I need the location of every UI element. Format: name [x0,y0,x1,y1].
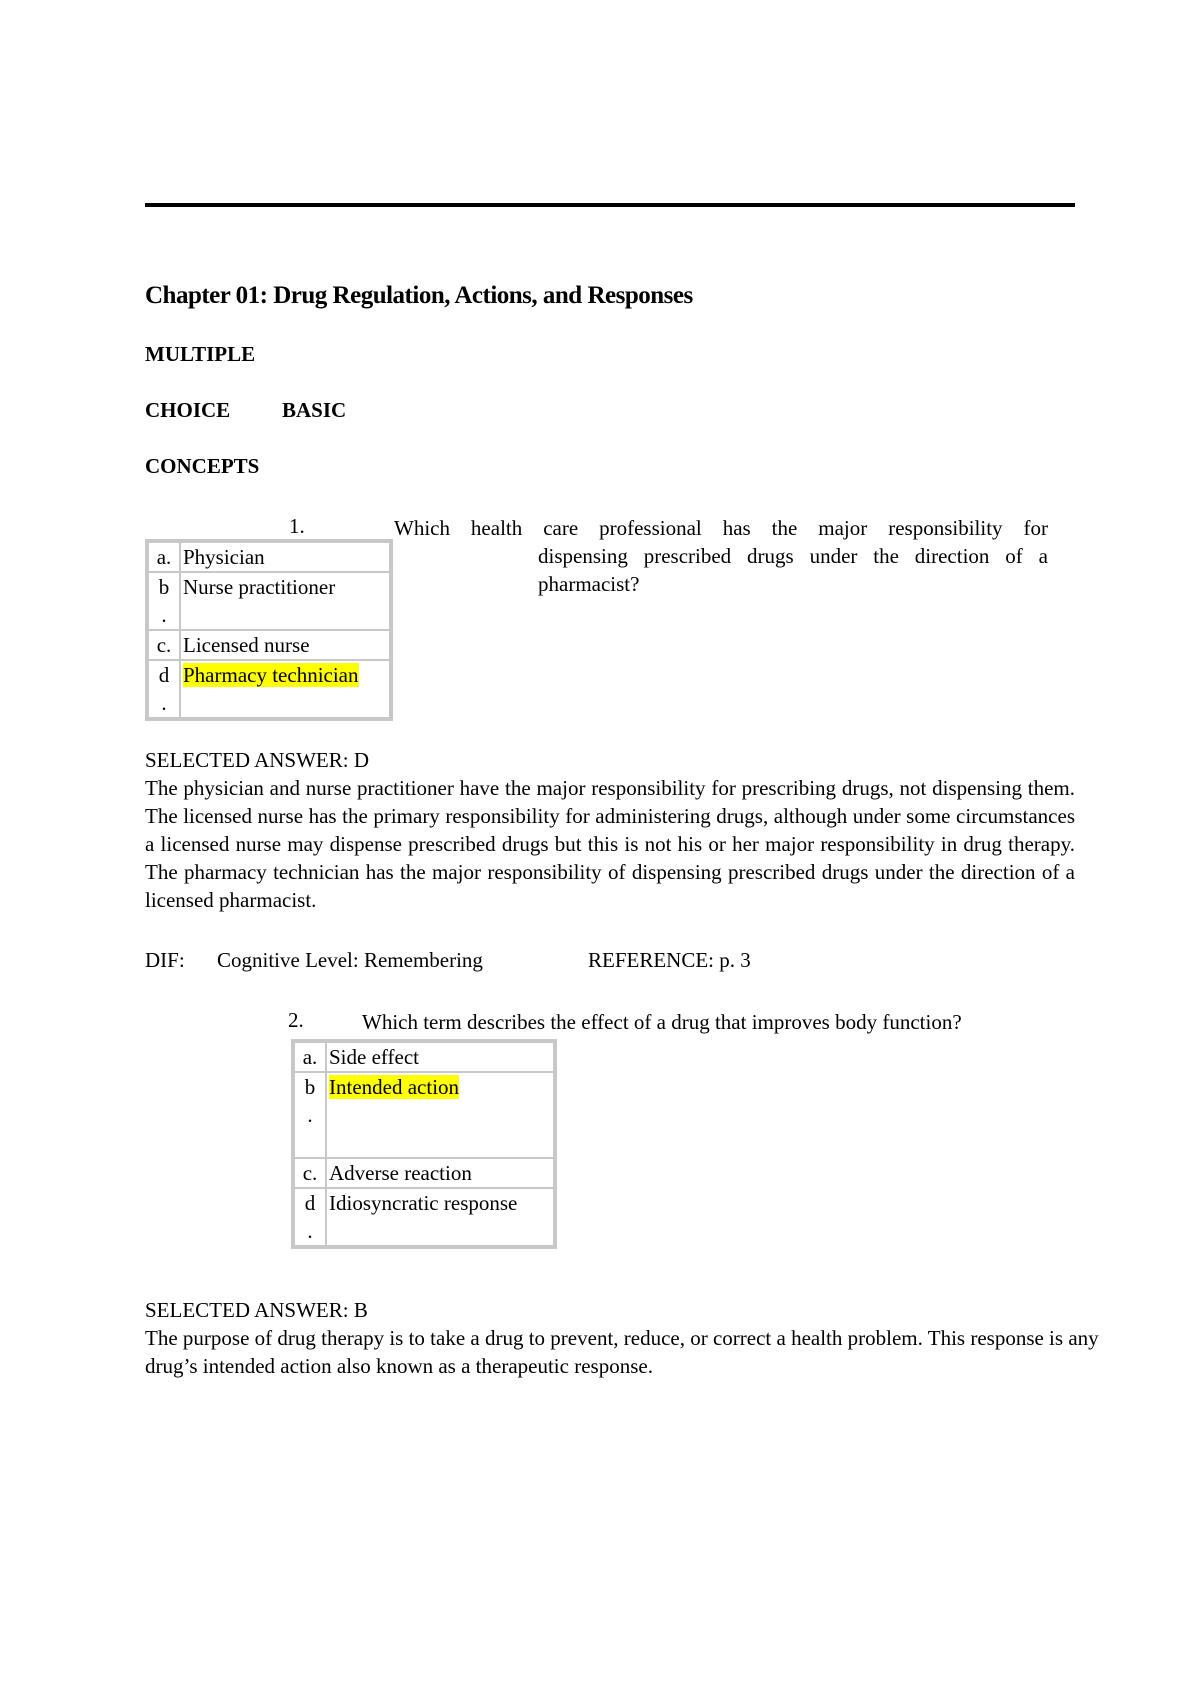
option-text: Physician [180,542,390,572]
question-2-stem: Which term describes the effect of a dru… [362,1008,962,1036]
option-letter: c. [148,630,180,660]
question-1-number: 1. [289,514,305,539]
question-1-stem-rest: dispensing prescribed drugs under the di… [394,542,1048,598]
horizontal-rule [145,203,1075,207]
section-heading-choice: CHOICE [145,398,230,423]
option-text: Licensed nurse [180,630,390,660]
option-row[interactable]: a. Physician [148,542,390,572]
option-row[interactable]: c. Adverse reaction [294,1158,554,1188]
option-letter: c. [294,1158,326,1188]
question-2-options: a. Side effect b. Intended action c. Adv… [291,1039,557,1249]
question-1-stem-line1: Which health care professional has the m… [394,514,1048,542]
difficulty-label: DIF: [145,948,185,973]
option-letter: d. [148,660,180,718]
answer-highlight: Pharmacy technician [183,663,359,687]
option-row[interactable]: b. Nurse practitioner [148,572,390,630]
section-heading-multiple: MULTIPLE [145,342,255,367]
option-letter: b. [148,572,180,630]
option-text-highlighted: Intended action [326,1072,554,1158]
question-1-rationale: The physician and nurse practitioner hav… [145,774,1075,914]
option-row[interactable]: d. Idiosyncratic response [294,1188,554,1246]
option-row[interactable]: b. Intended action [294,1072,554,1158]
option-text: Side effect [326,1042,554,1072]
option-letter: d. [294,1188,326,1246]
question-1-selected-answer: SELECTED ANSWER: D [145,746,369,774]
section-heading-concepts: CONCEPTS [145,454,259,479]
question-1-stem: Which health care professional has the m… [394,514,1048,598]
question-2-number: 2. [288,1008,304,1033]
option-text: Nurse practitioner [180,572,390,630]
option-row[interactable]: d. Pharmacy technician [148,660,390,718]
section-heading-basic: BASIC [282,398,346,423]
question-2-selected-answer: SELECTED ANSWER: B [145,1296,368,1324]
answer-highlight: Intended action [329,1075,459,1099]
option-text: Idiosyncratic response [326,1188,554,1246]
option-text: Adverse reaction [326,1158,554,1188]
question-2-rationale: The purpose of drug therapy is to take a… [145,1324,1120,1380]
question-1-options: a. Physician b. Nurse practitioner c. Li… [145,539,393,721]
reference: REFERENCE: p. 3 [588,948,751,973]
option-letter: a. [294,1042,326,1072]
option-letter: b. [294,1072,326,1158]
chapter-title: Chapter 01: Drug Regulation, Actions, an… [145,282,693,310]
option-letter: a. [148,542,180,572]
option-row[interactable]: a. Side effect [294,1042,554,1072]
option-row[interactable]: c. Licensed nurse [148,630,390,660]
option-text-highlighted: Pharmacy technician [180,660,390,718]
difficulty-value: Cognitive Level: Remembering [217,948,483,973]
